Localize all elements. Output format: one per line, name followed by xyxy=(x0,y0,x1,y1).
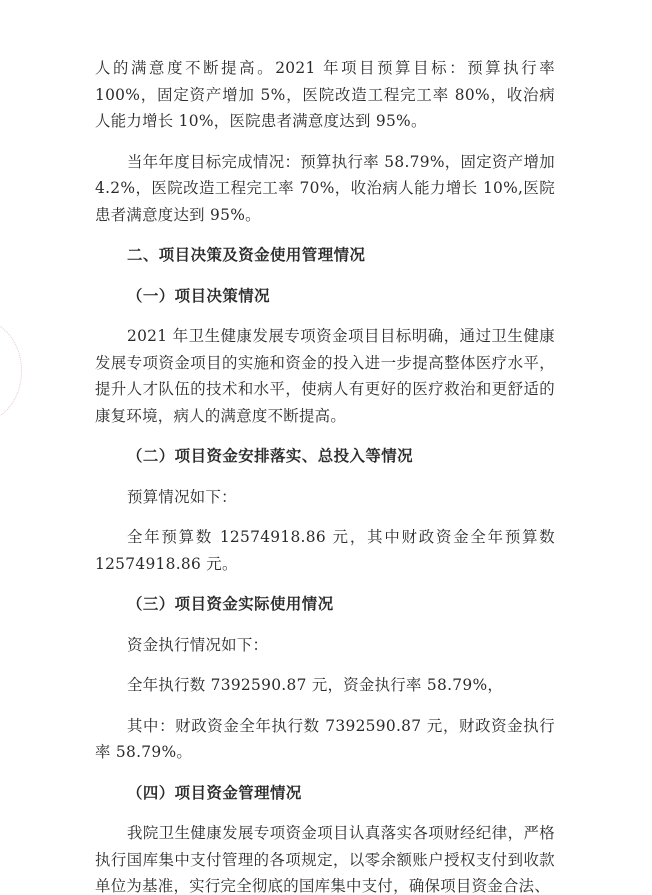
seal-stamp-edge xyxy=(0,320,22,422)
paragraph-budget-intro: 预算情况如下： xyxy=(95,484,555,511)
paragraph-fund-management: 我院卫生健康发展专项资金项目认真落实各项财经纪律，严格执行国库集中支付管理的各项… xyxy=(95,820,555,895)
paragraph-execution-amount: 全年执行数 7392590.87 元，资金执行率 58.79%， xyxy=(95,672,555,699)
section-heading-2: 二、项目决策及资金使用管理情况 xyxy=(95,242,555,269)
paragraph-budget-amount: 全年预算数 12574918.86 元，其中财政资金全年预算数 12574918… xyxy=(95,524,555,577)
subheading-2: （二）项目资金安排落实、总投入等情况 xyxy=(95,443,555,470)
subheading-4: （四）项目资金管理情况 xyxy=(95,780,555,807)
paragraph-completion: 当年年度目标完成情况：预算执行率 58.79%，固定资产增加 4.2%，医院改造… xyxy=(95,149,555,229)
paragraph-fiscal-execution: 其中：财政资金全年执行数 7392590.87 元，财政资金执行率 58.79%… xyxy=(95,713,555,766)
subheading-1: （一）项目决策情况 xyxy=(95,283,555,310)
document-page: 人的满意度不断提高。2021 年项目预算目标：预算执行率 100%，固定资产增加… xyxy=(95,55,555,895)
paragraph-decision: 2021 年卫生健康发展专项资金项目目标明确，通过卫生健康发展专项资金项目的实施… xyxy=(95,323,555,429)
paragraph-goals: 人的满意度不断提高。2021 年项目预算目标：预算执行率 100%，固定资产增加… xyxy=(95,55,555,135)
subheading-3: （三）项目资金实际使用情况 xyxy=(95,591,555,618)
paragraph-execution-intro: 资金执行情况如下： xyxy=(95,632,555,659)
